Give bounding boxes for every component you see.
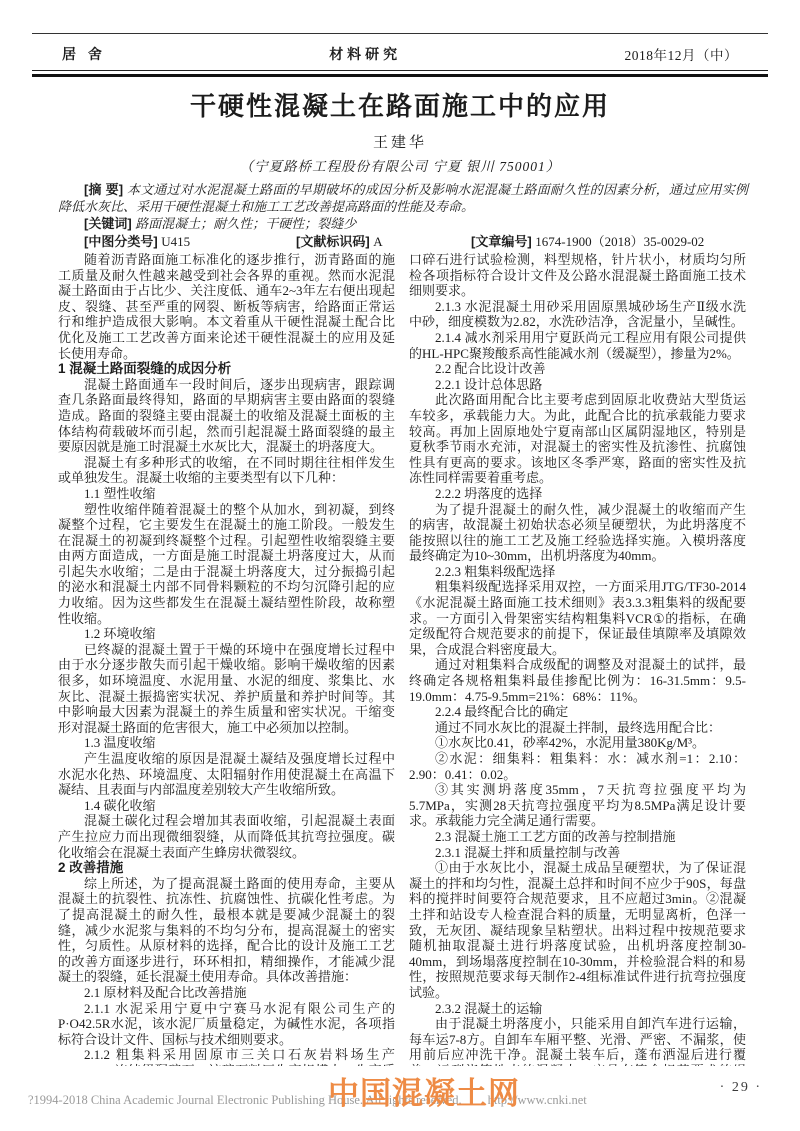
subsection-heading: 2.2.4 最终配合比的确定 [409,704,746,720]
abstract-text: 本文通过对水泥混凝土路面的早期破坏的成因分析及影响水泥混凝土路面耐久性的因素分析… [58,182,748,214]
paragraph: 产生温度收缩的原因是混凝土凝结及强度增长过程中水泥水化热、环境温度、太阳辐射作用… [58,751,395,798]
paragraph: 随着沥青路面施工标准化的逐步推行，沥青路面的施工质量及耐久性越来越受到社会各界的… [58,252,395,361]
paragraph: 此次路面用配合比主要考虑到固原北收费站大型货运车较多，承载能力大。为此，此配合比… [409,392,746,486]
subsection-heading: 1.2 环境收缩 [58,626,395,642]
journal-name: 居 舍 [62,44,106,64]
paragraph: 2.1.4 减水剂采用用宁夏跃尚元工程应用有限公司提供的HL-HPC聚羧酸系高性… [409,330,746,361]
header-rule-thick [32,74,768,77]
watermark: 中国混凝土网 [328,1068,520,1113]
article-meta: [摘 要] 本文通过对水泥混凝土路面的早期破坏的成因分析及影响水泥混凝土路面耐久… [58,181,748,250]
paragraph: 混凝土碳化过程会增加其表面收缩，引起混凝土表面产生拉应力而出现微细裂缝，从而降低… [58,813,395,860]
section-heading: 1 混凝土路面裂缝的成因分析 [58,361,395,377]
page-header: 居 舍 材料研究 2018年12月（中） [32,33,768,77]
issue-date: 2018年12月（中） [624,44,738,64]
abstract-label: [摘 要] [84,182,127,197]
paragraph: ③其实测坍落度35mm，7天抗弯拉强度平均为5.7MPa，实测28天抗弯拉强度平… [409,782,746,829]
paragraph: 口碎石进行试验检测，料型规格，针片状小，材质均匀所检各项指标符合设计文件及公路水… [409,252,746,299]
article-id: [文章编号] 1674-1900（2018）35-0029-02 [471,233,748,250]
subsection-heading: 1.3 温度收缩 [58,735,395,751]
subsection-heading: 2.2.2 坍落度的选择 [409,486,746,502]
paragraph: 混凝土有多种形式的收缩，在不同时期往往相伴发生或单独发生。混凝土收缩的主要类型有… [58,455,395,486]
paragraph: 2.1.3 水泥混凝土用砂采用固原黑城砂场生产Ⅱ级水洗中砂，细度模数为2.82，… [409,299,746,330]
paragraph: 为了提升混凝土的耐久性，减少混凝土的收缩而产生的病害，故混凝土初始状态必须呈硬塑… [409,502,746,564]
paragraph: 2.1.1 水泥采用宁夏中宁赛马水泥有限公司生产的P·O42.5R水泥，该水泥厂… [58,1001,395,1048]
document-code: [文献标识码] A [296,233,471,250]
paragraph: 2.1.2 粗集料采用固原市三关口石灰岩料场生产5~31.5mm连续级配碎石。该… [58,1047,395,1066]
subsection-heading: 2.1 原材料及配合比改善措施 [58,985,395,1001]
keywords: [关键词] 路面混凝土；耐久性；干硬性；裂缝少 [58,215,748,232]
subsection-heading: 2.2.1 设计总体思路 [409,377,746,393]
column-left: 随着沥青路面施工标准化的逐步推行，沥青路面的施工质量及耐久性越来越受到社会各界的… [58,252,395,1066]
paragraph: 通过对粗集料合成级配的调整及对混凝土的试拌，最终确定各规格粗集料最佳掺配比例为：… [409,657,746,704]
paragraph: 已终凝的混凝土置于干燥的环境中在强度增长过程中由于水分逐步散失而引起干燥收缩。影… [58,642,395,736]
journal-page: 居 舍 材料研究 2018年12月（中） 干硬性混凝土在路面施工中的应用 王建华… [0,0,800,1131]
clc-number: [中图分类号] U415 [84,233,296,250]
abstract: [摘 要] 本文通过对水泥混凝土路面的早期破坏的成因分析及影响水泥混凝土路面耐久… [58,181,748,215]
paragraph: ①水灰比0.41，砂率42%，水泥用量380Kg/M³。 [409,735,746,751]
keywords-text: 路面混凝土；耐久性；干硬性；裂缝少 [135,216,356,231]
subsection-heading: 2.3 混凝土施工工艺方面的改善与控制措施 [409,829,746,845]
article-body: 随着沥青路面施工标准化的逐步推行，沥青路面的施工质量及耐久性越来越受到社会各界的… [58,252,746,1066]
section-heading: 2 改善措施 [58,860,395,876]
subsection-heading: 2.3.1 混凝土拌和质量控制与改善 [409,845,746,861]
author-name: 王建华 [0,131,800,152]
header-rule-thin [32,70,768,71]
paragraph: ①由于水灰比小，混凝土成品呈硬塑状，为了保证混凝土的拌和均匀性，混凝土总拌和时间… [409,860,746,1000]
subsection-heading: 2.2.3 粗集料级配选择 [409,564,746,580]
paragraph: 粗集料级配选择采用双控，一方面采用JTG/TF30-2014《水泥混凝土路面施工… [409,579,746,657]
paragraph: 通过不同水灰比的混凝土拌制，最终选用配合比： [409,720,746,736]
classification-row: [中图分类号] U415 [文献标识码] A [文章编号] 1674-1900（… [58,233,748,250]
keywords-label: [关键词] [84,216,135,231]
paragraph: 塑性收缩伴随着混凝土的整个从加水，到初凝，到终凝整个过程，它主要发生在混凝土的施… [58,502,395,627]
paragraph: 综上所述，为了提高混凝土路面的使用寿命，主要从混凝土的抗裂性、抗冻性、抗腐蚀性、… [58,876,395,985]
subsection-heading: 2.2 配合比设计改善 [409,361,746,377]
subsection-heading: 2.3.2 混凝土的运输 [409,1001,746,1017]
author-affiliation: （宁夏路桥工程股份有限公司 宁夏 银川 750001） [0,155,800,175]
page-number: · 29 · [720,1080,762,1096]
paragraph: 混凝土路面通车一段时间后，逐步出现病害，跟踪调查几条路面最终得知，路面的早期病害… [58,377,395,455]
subsection-heading: 1.1 塑性收缩 [58,486,395,502]
paragraph: ②水泥：细集料：粗集料：水：减水剂=1：2.10：2.90：0.41：0.02。 [409,751,746,782]
paragraph: 由于混凝土坍落度小，只能采用自卸汽车进行运输，每车运7-8方。自卸车车厢平整、光… [409,1016,746,1066]
subsection-heading: 1.4 碳化收缩 [58,798,395,814]
section-name: 材料研究 [329,44,401,64]
article-title: 干硬性混凝土在路面施工中的应用 [0,86,800,123]
column-right: 口碎石进行试验检测，料型规格，针片状小，材质均匀所检各项指标符合设计文件及公路水… [409,252,746,1066]
